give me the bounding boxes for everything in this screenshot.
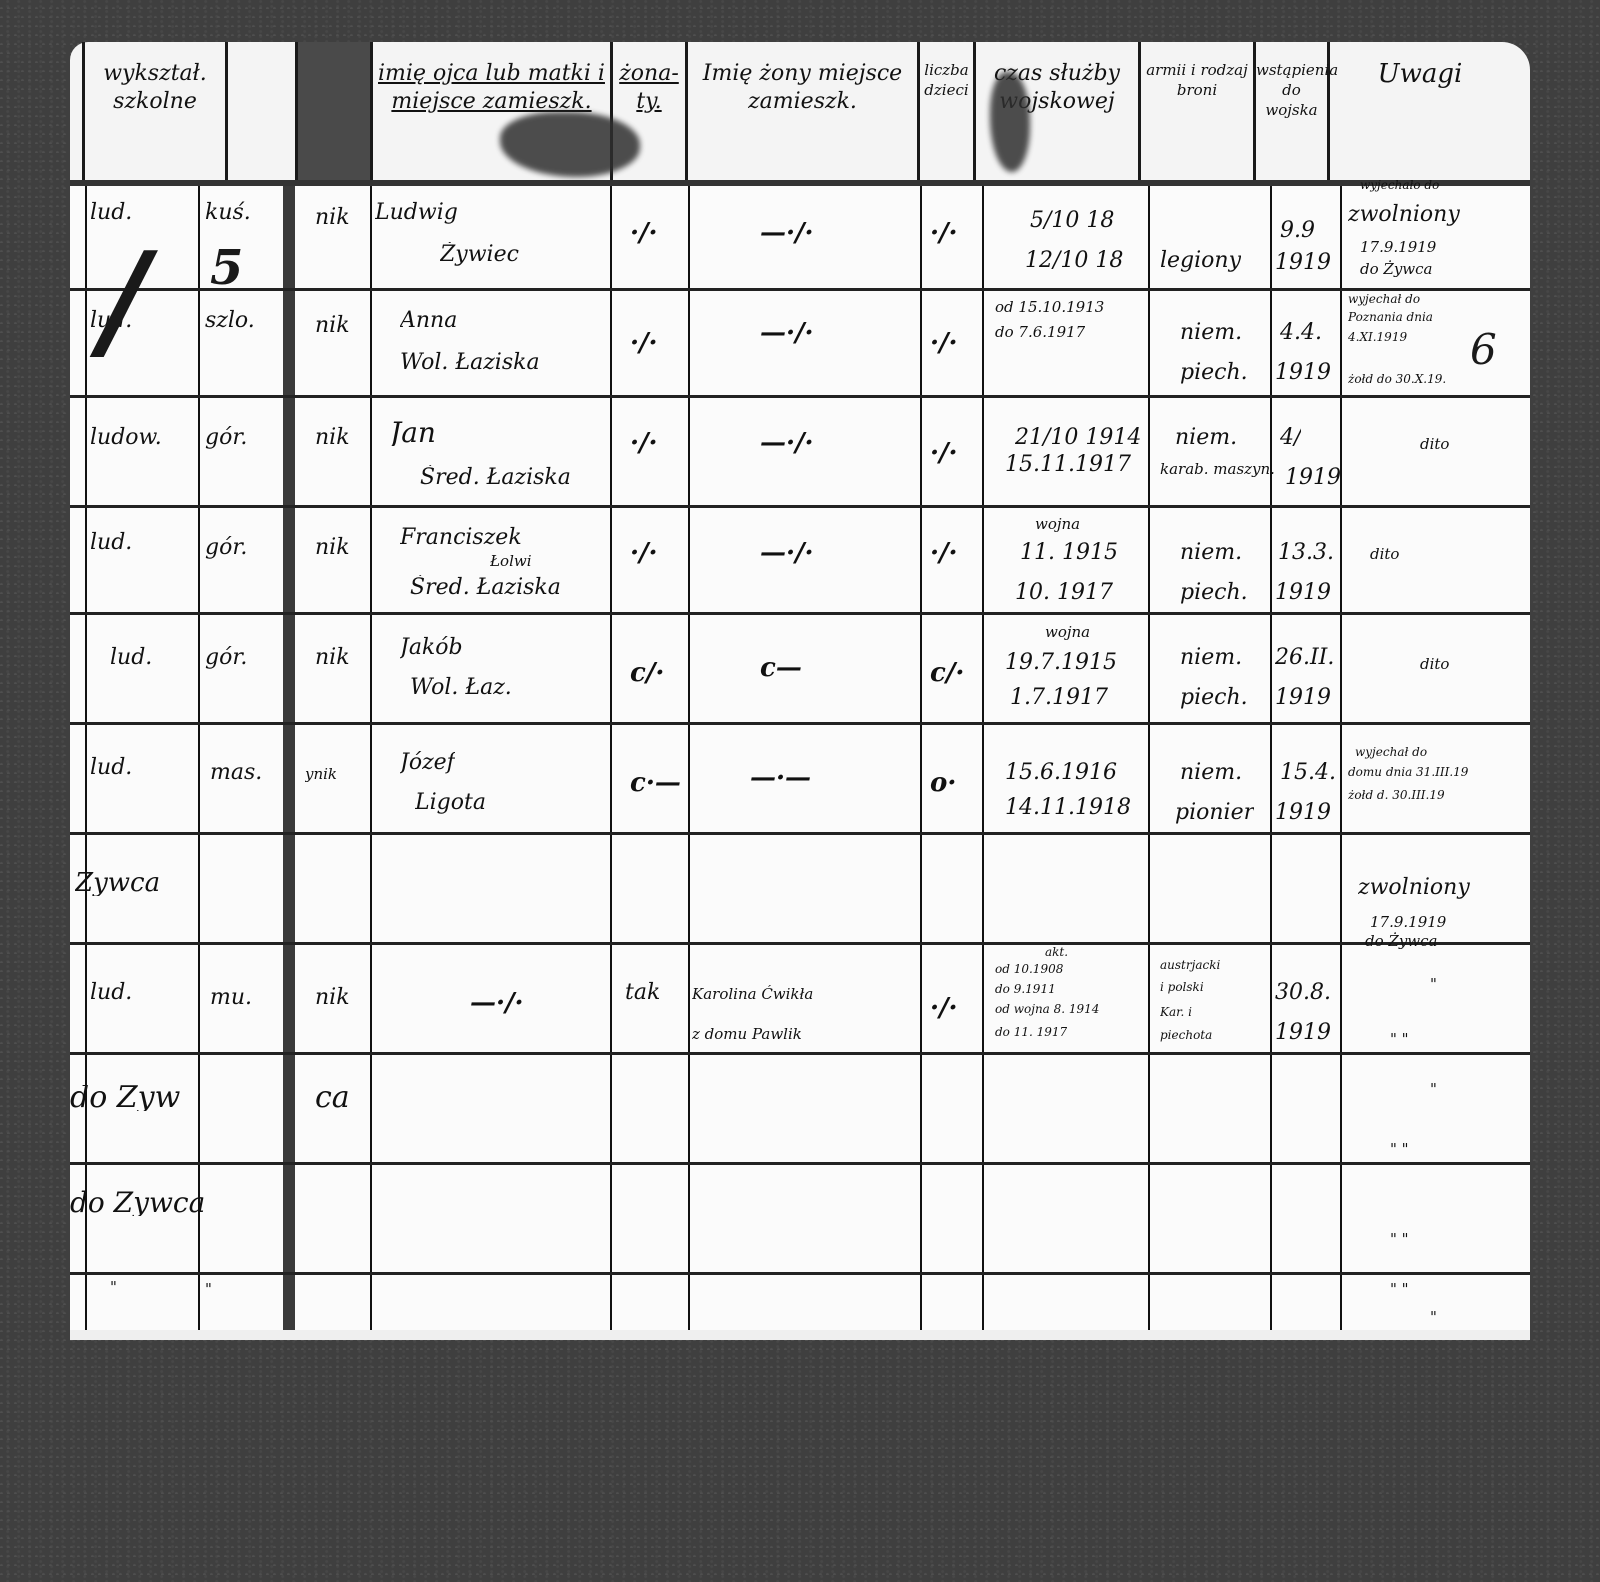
row-8-date-year: 1919 (1275, 1020, 1331, 1046)
row-6-father-place: Ligota (415, 790, 486, 816)
row-4-occupation: nik (315, 535, 350, 561)
row-6-date-day: 15.4. (1280, 760, 1336, 786)
row-1-remarks-place: do Żywca (1360, 260, 1432, 278)
row-7-remarks-date: 17.9.1919 (1370, 913, 1446, 931)
row-5-service-from: 19.7.1915 (1005, 650, 1117, 676)
row-3-children: ·/· (930, 440, 958, 466)
row-2-date-year: 1919 (1275, 360, 1331, 386)
row-6-service-to: 14.11.1918 (1005, 795, 1131, 821)
row-8-wife-name: Karolina Ćwikła (692, 985, 813, 1003)
row-3-date-day: 4/ (1280, 425, 1301, 451)
row-8-date-day: 30.8. (1275, 980, 1331, 1006)
row-6-children: o· (930, 770, 956, 796)
row-6-trade: mas. (210, 760, 262, 786)
row-8-remarks-1: " (1430, 975, 1437, 993)
row-6-service-from: 15.6.1916 (1005, 760, 1117, 786)
row-6-branch-type: pionier (1175, 800, 1254, 826)
row-8-branch-1: austrjacki (1160, 958, 1220, 973)
register-table: lud. kuś. nik Ludwig Żywiec ·/· —·/· ·/·… (70, 180, 1530, 1330)
row-11-education: " (110, 1278, 117, 1296)
row-6-remarks-1: wyjechał do (1355, 745, 1427, 760)
row-6-occupation: ynik (305, 765, 337, 783)
row-5-service-to: 1.7.1917 (1010, 685, 1108, 711)
ink-smudge (990, 72, 1030, 172)
row-5-education: lud. (110, 645, 152, 671)
row-1-remarks-date: 17.9.1919 (1360, 238, 1436, 256)
row-7-education: Żywca (75, 870, 160, 896)
row-3-service-to: 15.11.1917 (1005, 452, 1131, 478)
row-2-branch-type: piech. (1180, 360, 1248, 386)
row-5-service-note: wojna (1045, 623, 1090, 641)
row-1-service-from: 5/10 18 (1030, 208, 1114, 234)
row-3-wife: —·/· (760, 430, 814, 456)
row-4-wife: —·/· (760, 540, 814, 566)
row-8-branch-4: piechota (1160, 1028, 1212, 1043)
row-6-date-year: 1919 (1275, 800, 1331, 826)
row-3-father-name: Jan (390, 420, 436, 446)
header-branch: armii i rodzaj broni (1141, 42, 1256, 180)
row-2-father-place: Wol. Łaziska (400, 350, 540, 376)
row-5-wife: c— (760, 655, 802, 681)
row-4-wife-flag: ·/· (630, 540, 658, 566)
row-4-remarks: dito (1370, 545, 1399, 563)
row-5-branch-type: piech. (1180, 685, 1248, 711)
row-1-wife-flag: ·/· (630, 220, 658, 246)
row-8-branch-3: Kar. i (1160, 1005, 1192, 1020)
row-8-father: —·/· (470, 990, 524, 1016)
row-4-service-note: wojna (1035, 515, 1080, 533)
row-2-date-day: 4.4. (1280, 320, 1322, 346)
header-children: liczba dzieci (920, 42, 976, 180)
row-1-branch: legiony (1160, 248, 1241, 274)
page-bottom-edge (70, 1330, 1530, 1340)
row-8-children: ·/· (930, 995, 958, 1021)
row-2-remarks-2: Poznania dnia (1348, 310, 1433, 325)
row-8-remarks-2: " " (1390, 1030, 1409, 1048)
row-2-service-to: do 7.6.1917 (995, 323, 1085, 341)
row-4-trade: gór. (205, 535, 247, 561)
row-4-father-place: Śred. Łaziska (410, 575, 561, 601)
row-6-wife-flag: c·— (630, 770, 681, 796)
row-4-education: lud. (90, 530, 132, 556)
row-9-education: do Żyw (70, 1085, 180, 1111)
row-5-occupation: nik (315, 645, 350, 671)
row-1-date-year: 1919 (1275, 250, 1331, 276)
row-3-education: ludow. (90, 425, 162, 451)
page-binding (283, 180, 295, 1330)
row-4-branch-type: piech. (1180, 580, 1248, 606)
row-4-service-to: 10. 1917 (1015, 580, 1113, 606)
header-wife: Imię żony miejsce zamieszk. (688, 42, 920, 180)
row-5-date-day: 26.II. (1275, 645, 1334, 671)
row-10-remarks: " " (1390, 1230, 1409, 1248)
row-5-date-year: 1919 (1275, 685, 1331, 711)
row-4-branch-army: niem. (1180, 540, 1242, 566)
row-2-wife: —·/· (760, 320, 814, 346)
row-6-father-name: Józef (400, 750, 455, 776)
row-3-wife-flag: ·/· (630, 430, 658, 456)
row-11-remarks-2: " (1430, 1308, 1437, 1326)
row-5-father-place: Wol. Łaz. (410, 675, 512, 701)
row-4-date-year: 1919 (1275, 580, 1331, 606)
row-8-service-note: akt. (1045, 945, 1068, 960)
row-8-service-4: do 11. 1917 (995, 1025, 1067, 1040)
row-6-wife: —·— (750, 765, 811, 791)
row-8-education: lud. (90, 980, 132, 1006)
row-2-service-from: od 15.10.1913 (995, 298, 1104, 316)
row-8-trade: mu. (210, 985, 252, 1011)
row-9-occupation: ca (315, 1085, 350, 1111)
row-8-occupation: nik (315, 985, 350, 1011)
header-occupation (298, 42, 373, 180)
row-8-service-2: do 9.1911 (995, 982, 1056, 997)
row-2-wife-flag: ·/· (630, 330, 658, 356)
page-mark-6: 6 (1470, 325, 1497, 374)
tally-mark: / (100, 235, 147, 365)
row-1-remarks-top: wyjechało do (1360, 178, 1439, 193)
row-10-education: do Żywca (70, 1190, 205, 1216)
header-education: wykształ. szkolne (85, 42, 228, 180)
page-mark-5: 5 (210, 240, 243, 296)
row-3-date-year: 1919 (1285, 465, 1341, 491)
header-edge (70, 42, 85, 180)
row-4-father-name: Franciszek (400, 525, 522, 551)
row-8-wife-maiden: z domu Pawlik (692, 1025, 802, 1043)
row-6-branch-army: niem. (1180, 760, 1242, 786)
row-2-children: ·/· (930, 330, 958, 356)
row-1-father-name: Ludwig (375, 200, 458, 226)
row-9-remarks-2: " " (1390, 1140, 1409, 1158)
row-4-service-from: 11. 1915 (1020, 540, 1118, 566)
row-1-service-to: 12/10 18 (1025, 248, 1123, 274)
row-4-father-note: Łolwi (490, 552, 532, 570)
header-trade (228, 42, 298, 180)
row-2-occupation: nik (315, 313, 350, 339)
row-1-father-place: Żywiec (440, 242, 519, 268)
row-1-date-day: 9.9 (1280, 218, 1315, 244)
row-5-branch-army: niem. (1180, 645, 1242, 671)
row-1-children: ·/· (930, 220, 958, 246)
row-6-education: lud. (90, 755, 132, 781)
row-1-occupation: nik (315, 205, 350, 231)
row-3-trade: gór. (205, 425, 247, 451)
row-2-branch-army: niem. (1180, 320, 1242, 346)
row-2-father-name: Anna (400, 308, 457, 334)
row-8-service-3: od wojna 8. 1914 (995, 1002, 1099, 1017)
row-1-trade: kuś. (205, 200, 251, 226)
row-2-trade: szlo. (205, 308, 255, 334)
row-2-remarks-4: żołd do 30.X.19. (1348, 372, 1446, 387)
row-2-remarks-1: wyjechał do (1348, 292, 1420, 307)
row-8-service-1: od 10.1908 (995, 962, 1063, 977)
row-5-wife-flag: c/· (630, 660, 664, 686)
row-5-trade: gór. (205, 645, 247, 671)
row-1-remarks: zwolniony (1348, 202, 1460, 228)
row-5-remarks: dito (1420, 655, 1449, 673)
row-7-remarks: zwolniony (1358, 875, 1470, 901)
row-7-remarks-place: do Żywca (1365, 932, 1437, 950)
row-4-date-day: 13.3. (1278, 540, 1334, 566)
row-9-remarks-1: " (1430, 1080, 1437, 1098)
header-remarks: Uwagi (1330, 42, 1510, 180)
row-8-wife-flag: tak (625, 980, 660, 1006)
row-11-trade: " (205, 1280, 212, 1298)
row-3-branch-type: karab. maszyn. (1160, 460, 1275, 478)
row-2-remarks-3: 4.XI.1919 (1348, 330, 1407, 345)
row-1-wife: —·/· (760, 220, 814, 246)
row-3-branch-army: niem. (1175, 425, 1237, 451)
row-5-father-name: Jakób (400, 635, 463, 661)
row-6-remarks-3: żołd d. 30.III.19 (1348, 788, 1445, 803)
header-date: wstąpienia do wojska (1256, 42, 1330, 180)
register-header: wykształ. szkolne imię ojca lub matki i … (70, 42, 1530, 180)
row-8-branch-2: i polski (1160, 980, 1204, 995)
row-3-father-place: Śred. Łaziska (420, 465, 571, 491)
row-11-remarks-1: " " (1390, 1280, 1409, 1298)
row-5-children: c/· (930, 660, 964, 686)
row-6-remarks-2: domu dnia 31.III.19 (1348, 765, 1468, 780)
row-3-service-from: 21/10 1914 (1015, 425, 1141, 451)
row-3-occupation: nik (315, 425, 350, 451)
row-4-children: ·/· (930, 540, 958, 566)
row-3-remarks: dito (1420, 435, 1449, 453)
